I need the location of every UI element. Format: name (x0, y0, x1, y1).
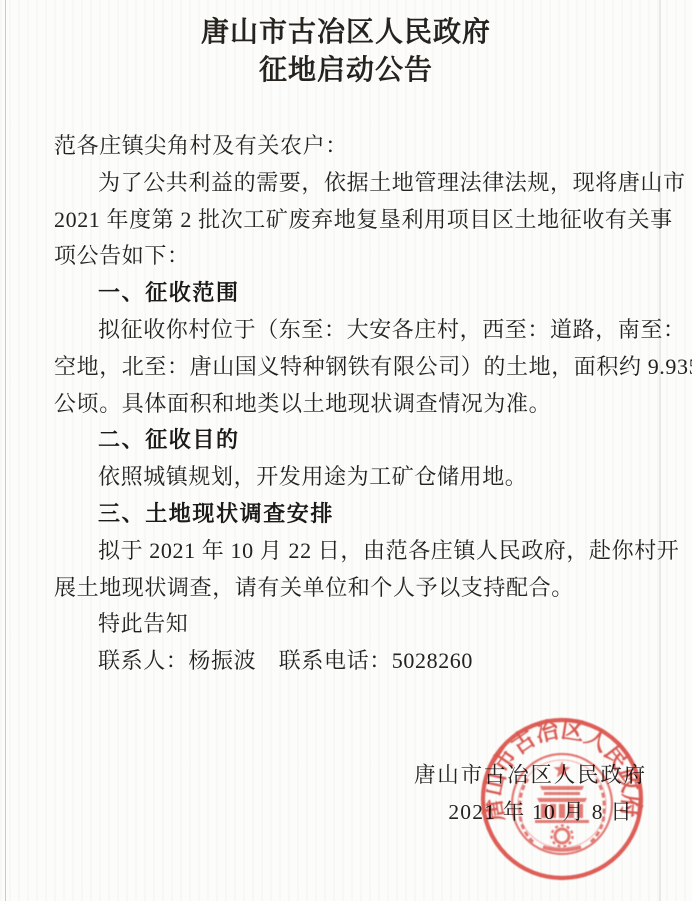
body-line: 依照城镇规划，开发用途为工矿仓储用地。 (54, 459, 644, 496)
scan-artifact-left-line (5, 0, 6, 901)
stamp-national-emblem-icon (512, 754, 612, 854)
stamp-star-icon (553, 761, 570, 777)
body-line: 为了公共利益的需要，依据土地管理法律法规，现将唐山市 (54, 165, 644, 202)
document-title: 唐山市古冶区人民政府 征地启动公告 (0, 14, 692, 90)
body-line: 一、征收范围 (54, 275, 644, 312)
body-line: 范各庄镇尖角村及有关农户： (54, 128, 644, 165)
body-line: 2021 年度第 2 批次工矿废弃地复垦利用项目区土地征收有关事 (54, 202, 644, 239)
scan-artifact-right-line (659, 0, 661, 901)
body-line: 三、土地现状调查安排 (54, 496, 644, 533)
body-line: 空地，北至：唐山国义特种钢铁有限公司）的土地，面积约 9.9359 (54, 349, 644, 386)
body-line: 展土地现状调查，请有关单位和个人予以支持配合。 (54, 570, 644, 607)
body-line: 联系人：杨振波 联系电话：5028260 (54, 643, 644, 680)
document-body: 范各庄镇尖角村及有关农户：为了公共利益的需要，依据土地管理法律法规，现将唐山市2… (54, 128, 644, 680)
document-title-subject: 征地启动公告 (0, 52, 692, 90)
scanned-announcement-page: 唐山市古冶区人民政府 征地启动公告 范各庄镇尖角村及有关农户：为了公共利益的需要… (0, 0, 692, 901)
body-line: 项公告如下： (54, 238, 644, 275)
document-title-org: 唐山市古冶区人民政府 (0, 14, 692, 52)
body-line: 拟于 2021 年 10 月 22 日，由范各庄镇人民政府，赴你村开 (54, 533, 644, 570)
body-line: 特此告知 (54, 606, 644, 643)
body-line: 二、征收目的 (54, 422, 644, 459)
body-line: 公顷。具体面积和地类以土地现状调查情况为准。 (54, 386, 644, 423)
official-seal-stamp: 唐山市古冶区人民政府 (476, 713, 648, 885)
body-line: 拟征收你村位于（东至：大安各庄村，西至：道路，南至： (54, 312, 644, 349)
